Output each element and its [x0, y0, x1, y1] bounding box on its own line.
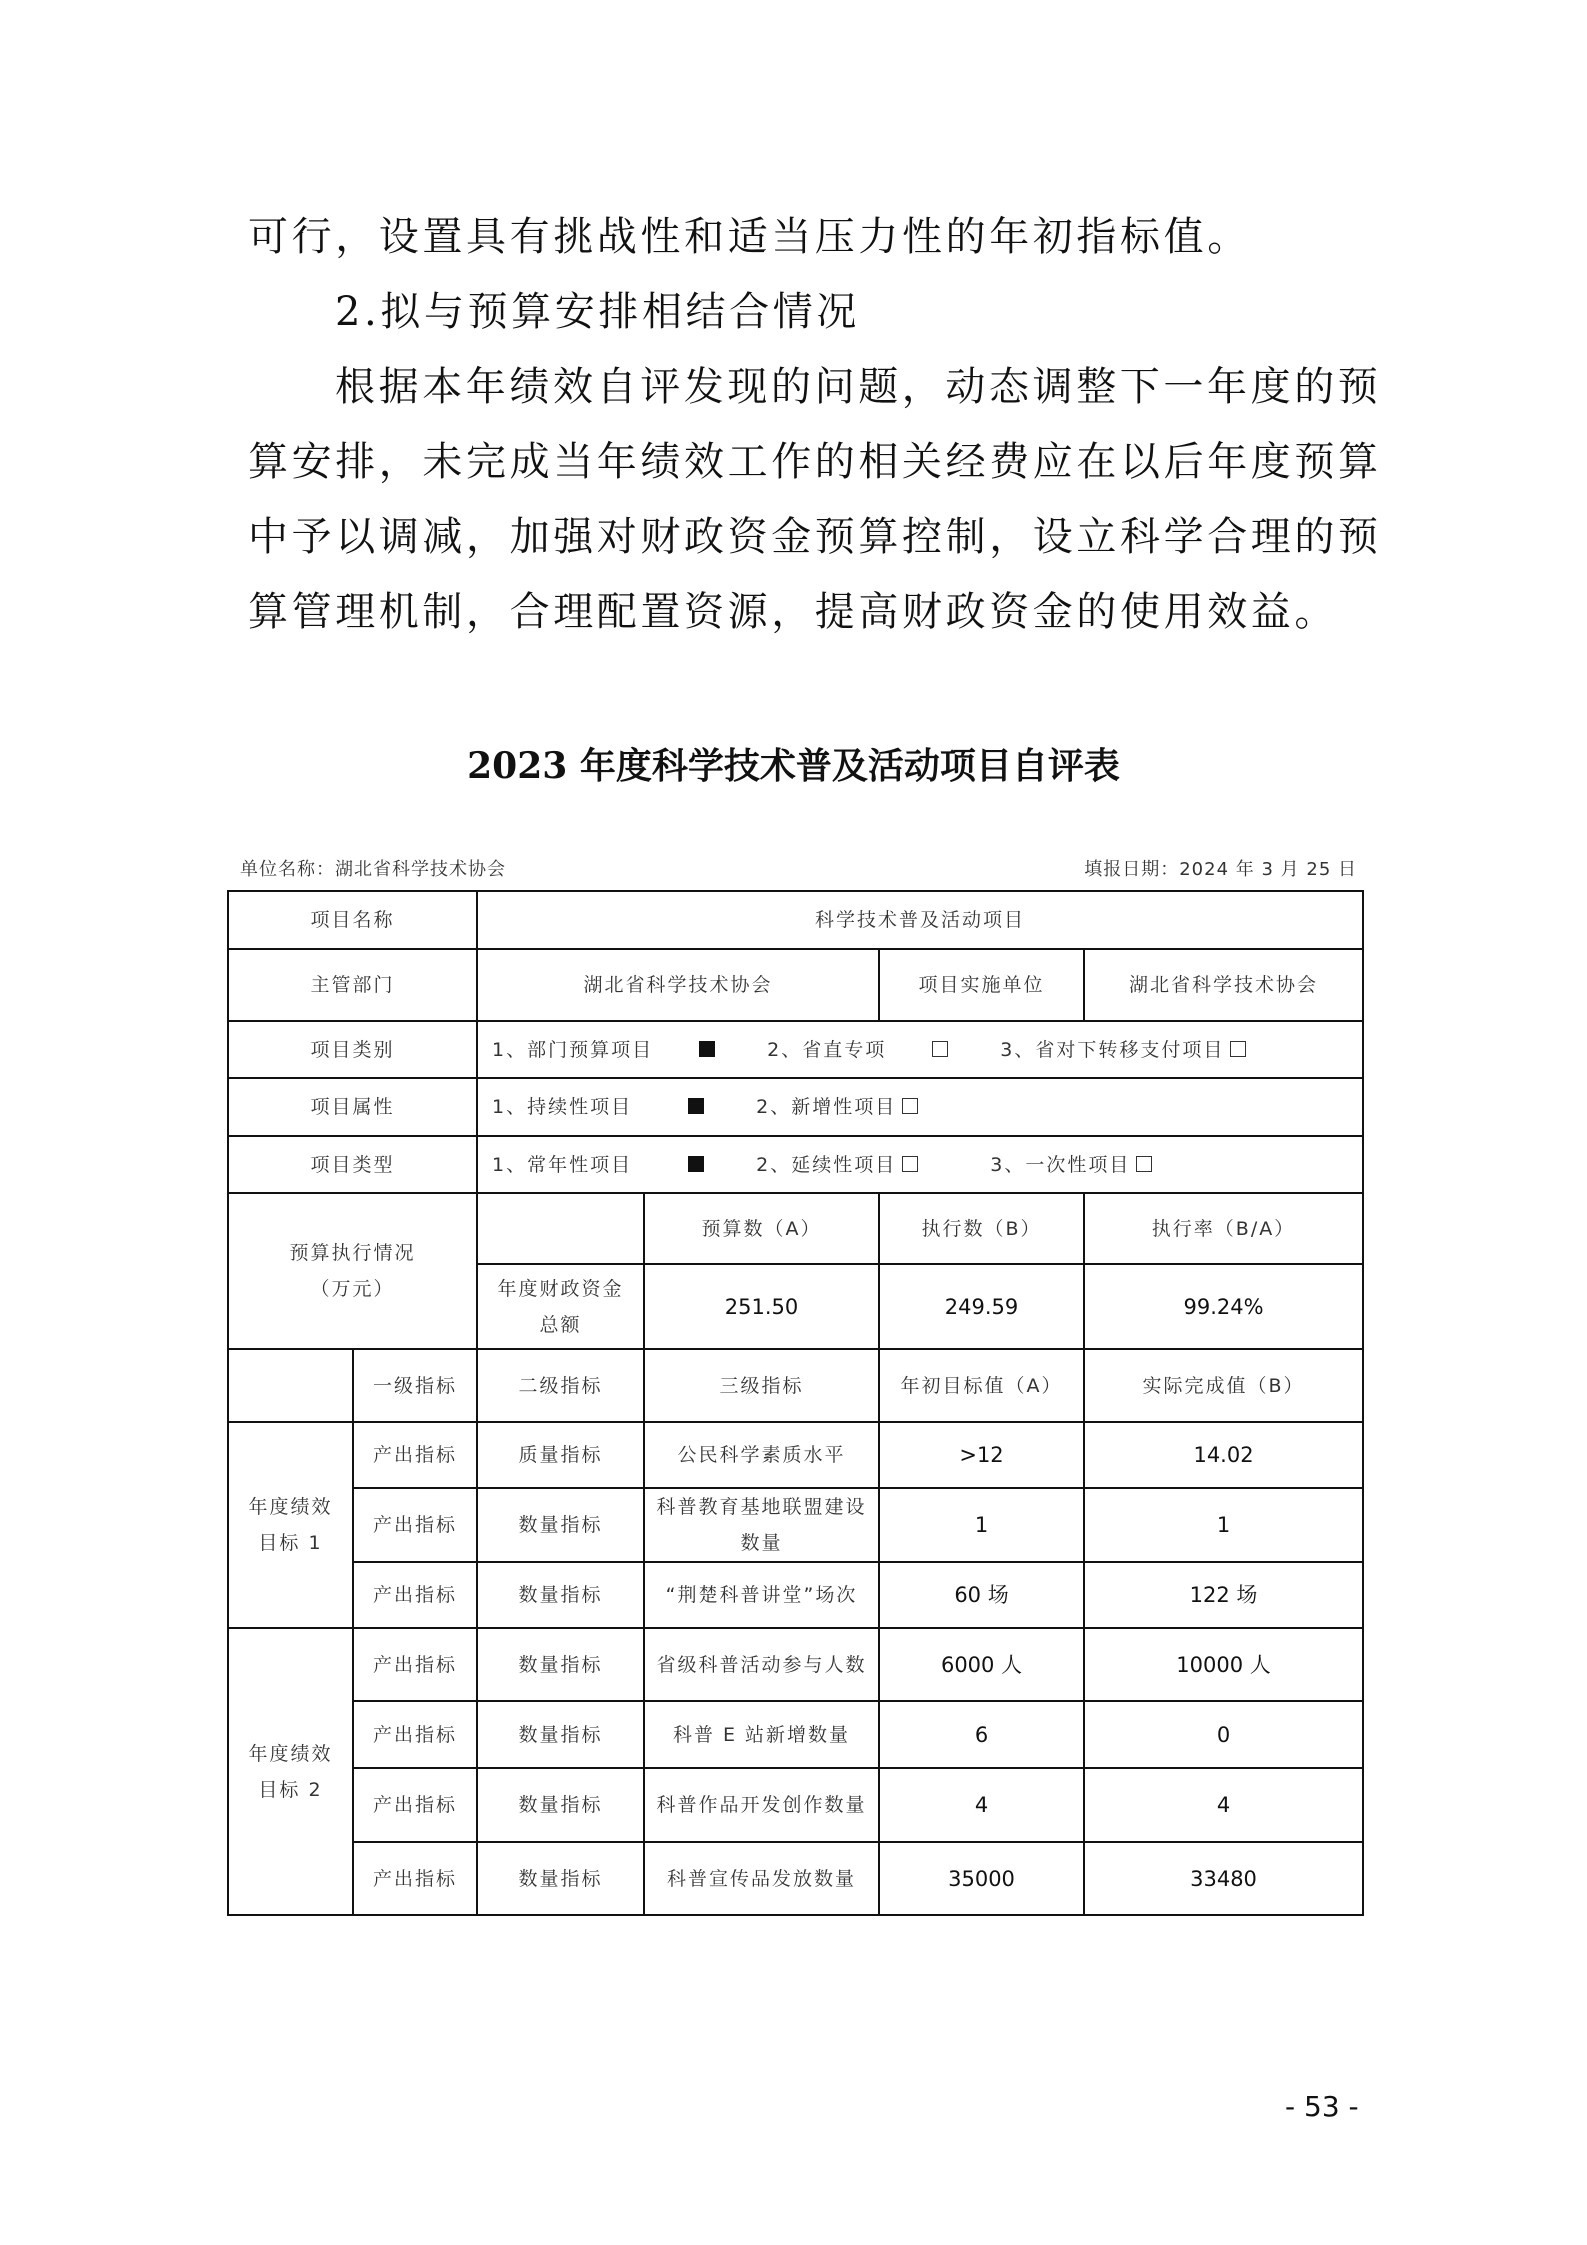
checkbox-checked-icon[interactable]	[688, 1156, 704, 1172]
row-project-name: 项目名称 科学技术普及活动项目	[228, 891, 1363, 949]
option-label: 2、新增性项目	[756, 1096, 896, 1118]
checkbox-checked-icon[interactable]	[699, 1041, 715, 1057]
category-label: 项目类别	[228, 1021, 477, 1078]
actual-cell: 0	[1084, 1701, 1363, 1768]
level3-cell: 省级科普活动参与人数	[644, 1628, 879, 1701]
budget-empty-cell	[477, 1193, 644, 1264]
option-label: 3、一次性项目	[990, 1154, 1130, 1176]
level3-cell: 科普宣传品发放数量	[644, 1842, 879, 1915]
goal-label-line2: 目标 1	[235, 1525, 346, 1561]
target-cell: 35000	[879, 1842, 1084, 1915]
actual-cell: 4	[1084, 1768, 1363, 1842]
evaluation-table: 项目名称 科学技术普及活动项目 主管部门 湖北省科学技术协会 项目实施单位 湖北…	[227, 890, 1364, 1916]
budget-col-b: 执行数（B）	[879, 1193, 1084, 1264]
budget-label: 预算执行情况 （万元）	[228, 1193, 477, 1349]
category-options: 1、部门预算项目 2、省直专项 3、省对下转移支付项目	[477, 1021, 1363, 1078]
option-label: 1、常年性项目	[492, 1154, 632, 1176]
actual-cell: 33480	[1084, 1842, 1363, 1915]
target-cell: 6000 人	[879, 1628, 1084, 1701]
unit-name: 单位名称：湖北省科学技术协会	[240, 855, 506, 881]
exec-b-value: 249.59	[879, 1264, 1084, 1349]
text-line: 算管理机制，合理配置资源，提高财政资金的使用效益。	[248, 575, 1348, 650]
level2-cell: 数量指标	[477, 1488, 644, 1562]
report-date: 填报日期：2024 年 3 月 25 日	[1084, 855, 1357, 881]
budget-a-value: 251.50	[644, 1264, 879, 1349]
row-indicator-headers: 一级指标 二级指标 三级指标 年初目标值（A） 实际完成值（B）	[228, 1349, 1363, 1422]
target-cell: 60 场	[879, 1562, 1084, 1628]
level1-cell: 产出指标	[353, 1488, 477, 1562]
level3-cell: 科普教育基地联盟建设数量	[644, 1488, 879, 1562]
level2-cell: 数量指标	[477, 1562, 644, 1628]
level2-cell: 数量指标	[477, 1701, 644, 1768]
budget-label-line1: 预算执行情况	[235, 1235, 470, 1271]
checkbox-unchecked-icon[interactable]	[1136, 1156, 1152, 1172]
text-line: 算安排，未完成当年绩效工作的相关经费应在以后年度预算	[248, 425, 1348, 500]
table-row: 产出指标 数量指标 科普 E 站新增数量 6 0	[228, 1701, 1363, 1768]
exec-rate-value: 99.24%	[1084, 1264, 1363, 1349]
attribute-options: 1、持续性项目 2、新增性项目	[477, 1078, 1363, 1136]
indicator-header: 实际完成值（B）	[1084, 1349, 1363, 1422]
goal-label: 年度绩效 目标 2	[228, 1628, 353, 1915]
indicator-header: 三级指标	[644, 1349, 879, 1422]
text-line: 可行，设置具有挑战性和适当压力性的年初指标值。	[248, 200, 1348, 275]
level3-cell: “荆楚科普讲堂”场次	[644, 1562, 879, 1628]
goal-label-line2: 目标 2	[235, 1772, 346, 1808]
table-row: 产出指标 数量指标 科普宣传品发放数量 35000 33480	[228, 1842, 1363, 1915]
budget-col-a: 预算数（A）	[644, 1193, 879, 1264]
impl-value: 湖北省科学技术协会	[1084, 949, 1363, 1021]
indicator-header: 一级指标	[353, 1349, 477, 1422]
text-line: 根据本年绩效自评发现的问题，动态调整下一年度的预	[248, 350, 1348, 425]
budget-col-rate: 执行率（B/A）	[1084, 1193, 1363, 1264]
budget-row-label-line2: 总额	[484, 1307, 637, 1343]
type-label: 项目类型	[228, 1136, 477, 1193]
indicator-header: 二级指标	[477, 1349, 644, 1422]
target-cell: 6	[879, 1701, 1084, 1768]
table-row: 产出指标 数量指标 科普作品开发创作数量 4 4	[228, 1768, 1363, 1842]
row-attribute: 项目属性 1、持续性项目 2、新增性项目	[228, 1078, 1363, 1136]
actual-cell: 122 场	[1084, 1562, 1363, 1628]
level3-cell: 科普 E 站新增数量	[644, 1701, 879, 1768]
type-options: 1、常年性项目 2、延续性项目 3、一次性项目	[477, 1136, 1363, 1193]
option-label: 2、延续性项目	[756, 1154, 896, 1176]
goal-label-line1: 年度绩效	[235, 1489, 346, 1525]
level3-cell: 公民科学素质水平	[644, 1422, 879, 1488]
level2-cell: 数量指标	[477, 1842, 644, 1915]
project-name-label: 项目名称	[228, 891, 477, 949]
target-cell: 4	[879, 1768, 1084, 1842]
checkbox-unchecked-icon[interactable]	[902, 1098, 918, 1114]
row-type: 项目类型 1、常年性项目 2、延续性项目 3、一次性项目	[228, 1136, 1363, 1193]
dept-label: 主管部门	[228, 949, 477, 1021]
goal-label: 年度绩效 目标 1	[228, 1422, 353, 1628]
option-label: 1、持续性项目	[492, 1096, 632, 1118]
table-row: 产出指标 数量指标 科普教育基地联盟建设数量 1 1	[228, 1488, 1363, 1562]
checkbox-checked-icon[interactable]	[688, 1098, 704, 1114]
checkbox-unchecked-icon[interactable]	[1230, 1041, 1246, 1057]
row-category: 项目类别 1、部门预算项目 2、省直专项 3、省对下转移支付项目	[228, 1021, 1363, 1078]
option-label: 2、省直专项	[767, 1039, 886, 1061]
checkbox-unchecked-icon[interactable]	[932, 1041, 948, 1057]
row-dept: 主管部门 湖北省科学技术协会 项目实施单位 湖北省科学技术协会	[228, 949, 1363, 1021]
section-heading: 2.拟与预算安排相结合情况	[248, 275, 1348, 350]
body-paragraphs: 可行，设置具有挑战性和适当压力性的年初指标值。 2.拟与预算安排相结合情况 根据…	[248, 200, 1348, 650]
table-row: 年度绩效 目标 1 产出指标 质量指标 公民科学素质水平 >12 14.02	[228, 1422, 1363, 1488]
budget-row-label: 年度财政资金 总额	[477, 1264, 644, 1349]
indicator-header: 年初目标值（A）	[879, 1349, 1084, 1422]
option-label: 3、省对下转移支付项目	[1000, 1039, 1224, 1061]
table-row: 年度绩效 目标 2 产出指标 数量指标 省级科普活动参与人数 6000 人 10…	[228, 1628, 1363, 1701]
goal-label-line1: 年度绩效	[235, 1736, 346, 1772]
table-row: 产出指标 数量指标 “荆楚科普讲堂”场次 60 场 122 场	[228, 1562, 1363, 1628]
level2-cell: 质量指标	[477, 1422, 644, 1488]
checkbox-unchecked-icon[interactable]	[902, 1156, 918, 1172]
actual-cell: 1	[1084, 1488, 1363, 1562]
level1-cell: 产出指标	[353, 1842, 477, 1915]
budget-row-label-line1: 年度财政资金	[484, 1271, 637, 1307]
level2-cell: 数量指标	[477, 1628, 644, 1701]
level1-cell: 产出指标	[353, 1422, 477, 1488]
actual-cell: 14.02	[1084, 1422, 1363, 1488]
impl-label: 项目实施单位	[879, 949, 1084, 1021]
row-budget-header: 预算执行情况 （万元） 预算数（A） 执行数（B） 执行率（B/A）	[228, 1193, 1363, 1264]
level1-cell: 产出指标	[353, 1701, 477, 1768]
indicator-header	[228, 1349, 353, 1422]
page-number: - 53 -	[1285, 2090, 1359, 2123]
level2-cell: 数量指标	[477, 1768, 644, 1842]
budget-label-line2: （万元）	[235, 1271, 470, 1307]
dept-value: 湖北省科学技术协会	[477, 949, 879, 1021]
target-cell: >12	[879, 1422, 1084, 1488]
level1-cell: 产出指标	[353, 1628, 477, 1701]
level1-cell: 产出指标	[353, 1562, 477, 1628]
actual-cell: 10000 人	[1084, 1628, 1363, 1701]
level3-cell: 科普作品开发创作数量	[644, 1768, 879, 1842]
target-cell: 1	[879, 1488, 1084, 1562]
level1-cell: 产出指标	[353, 1768, 477, 1842]
text-line: 中予以调减，加强对财政资金预算控制，设立科学合理的预	[248, 500, 1348, 575]
attribute-label: 项目属性	[228, 1078, 477, 1136]
table-title: 2023 年度科学技术普及活动项目自评表	[0, 738, 1587, 789]
project-name-value: 科学技术普及活动项目	[477, 891, 1363, 949]
option-label: 1、部门预算项目	[492, 1039, 653, 1061]
